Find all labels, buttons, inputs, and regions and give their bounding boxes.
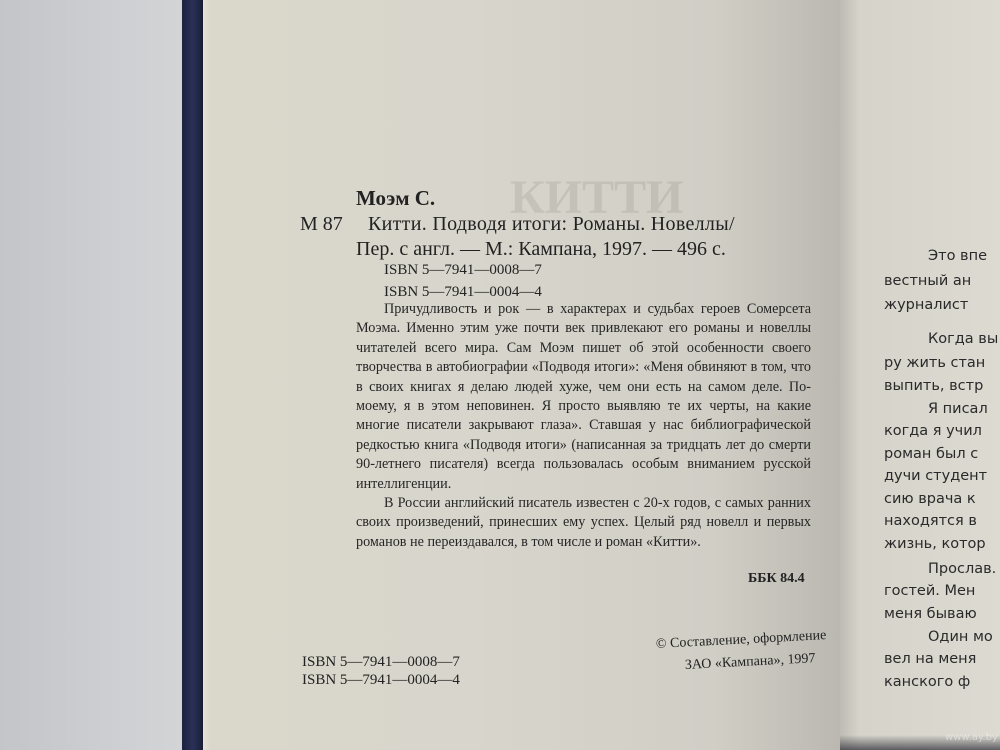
library-code: М 87: [300, 213, 343, 236]
book-cover-edge: [182, 0, 204, 750]
right-page-line: Когда вы: [928, 328, 1000, 350]
right-page-line: когда я учил: [884, 420, 1000, 442]
right-page-line: Это впе: [928, 245, 1000, 267]
right-page-line: ру жить стан: [884, 352, 1000, 374]
annotation-paragraph-1: Причудливость и рок — в характерах и суд…: [356, 300, 811, 494]
title-line-1: Китти. Подводя итоги: Романы. Новеллы/: [368, 213, 735, 236]
background-surface: [0, 0, 183, 750]
right-page-line: гостей. Мен: [884, 580, 1000, 602]
right-page-line: Один мо: [928, 626, 1000, 648]
right-page-line: Я писал: [928, 398, 1000, 420]
isbn-bottom-2: ISBN 5—7941—0004—4: [302, 672, 460, 689]
right-page-line: дучи студент: [884, 465, 1000, 487]
annotation-paragraph-2: В России английский писатель известен с …: [356, 494, 811, 552]
right-page-line: журналист: [884, 294, 1000, 316]
annotation: Причудливость и рок — в характерах и суд…: [356, 300, 811, 552]
right-page-line: вестный ан: [884, 270, 1000, 292]
watermark: www.ay.by: [945, 732, 998, 743]
right-page-line: меня бываю: [884, 603, 1000, 625]
isbn-bottom-1: ISBN 5—7941—0008—7: [302, 654, 460, 671]
right-page-line: вел на меня: [884, 648, 1000, 670]
author-name: Моэм С.: [356, 186, 435, 211]
right-page-line: жизнь, котор: [884, 533, 1000, 555]
right-page-line: Прослав.: [928, 558, 1000, 580]
isbn-top-1: ISBN 5—7941—0008—7: [384, 262, 542, 279]
right-page-line: выпить, встр: [884, 375, 1000, 397]
isbn-top-2: ISBN 5—7941—0004—4: [384, 284, 542, 301]
bbk-code: ББК 84.4: [748, 571, 805, 587]
title-line-2: Пер. с англ. — М.: Кампана, 1997. — 496 …: [356, 238, 726, 261]
right-page-line: сию врача к: [884, 488, 1000, 510]
right-page-line: канского ф: [884, 671, 1000, 693]
right-page-line: роман был с: [884, 443, 1000, 465]
right-page-line: находятся в: [884, 510, 1000, 532]
